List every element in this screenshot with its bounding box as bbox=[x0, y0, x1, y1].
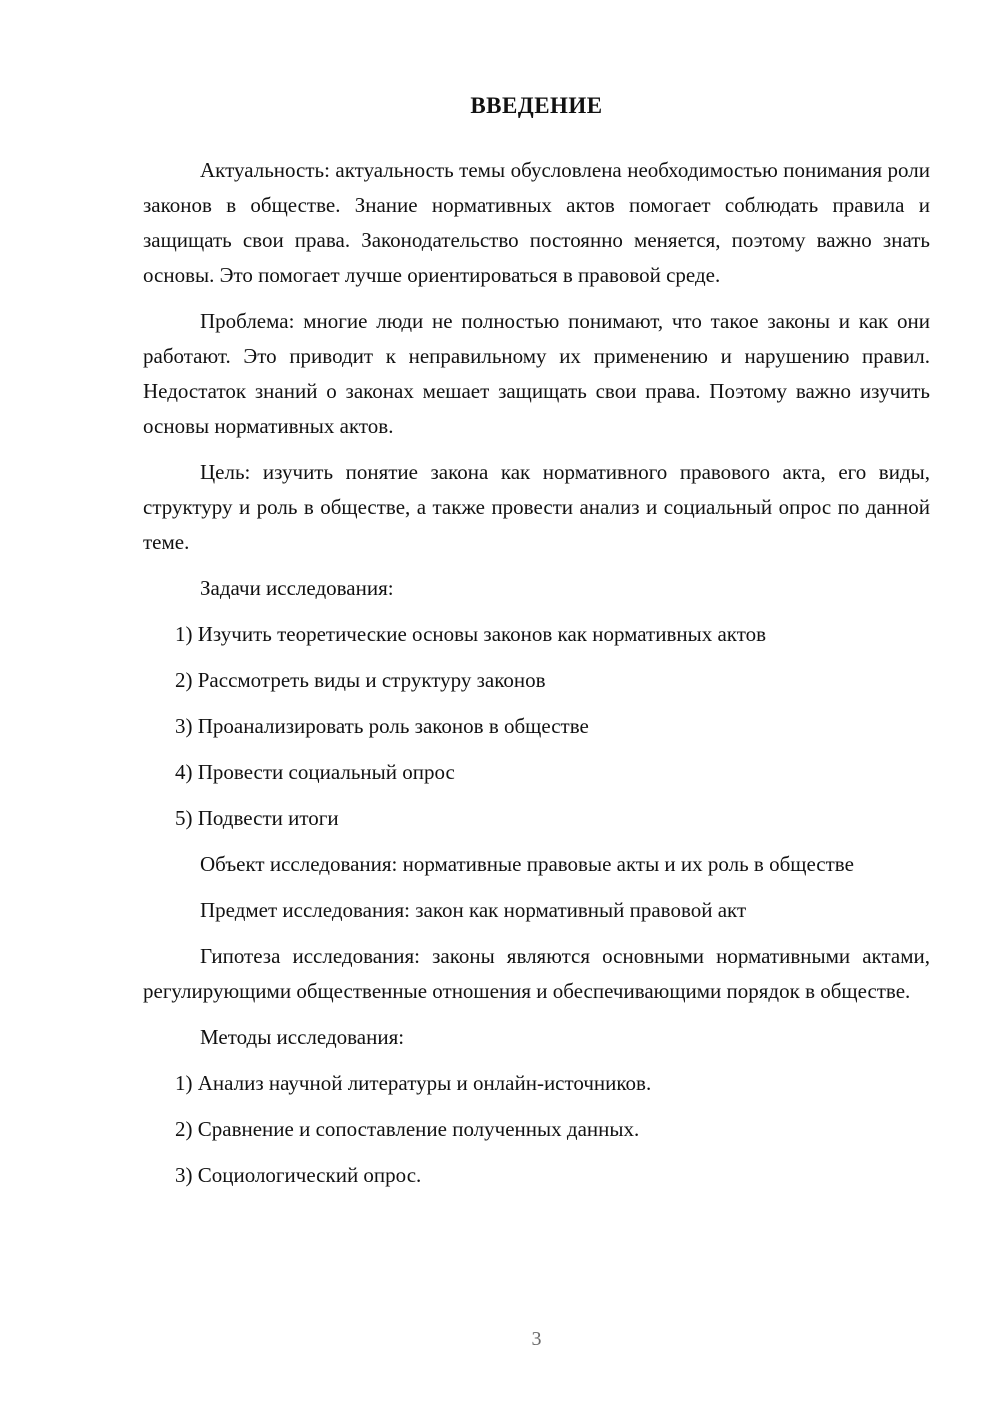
method-item-3: 3) Социологический опрос. bbox=[143, 1158, 930, 1193]
paragraph-goal: Цель: изучить понятие закона как нормати… bbox=[143, 455, 930, 560]
task-item-5: 5) Подвести итоги bbox=[143, 801, 930, 836]
methods-heading: Методы исследования: bbox=[143, 1020, 930, 1055]
document-content: ВВЕДЕНИЕ Актуальность: актуальность темы… bbox=[143, 88, 930, 1204]
task-item-4: 4) Провести социальный опрос bbox=[143, 755, 930, 790]
paragraph-hypothesis: Гипотеза исследования: законы являются о… bbox=[143, 939, 930, 1009]
page-number: 3 bbox=[143, 1324, 930, 1354]
task-item-3: 3) Проанализировать роль законов в общес… bbox=[143, 709, 930, 744]
tasks-heading: Задачи исследования: bbox=[143, 571, 930, 606]
paragraph-problem: Проблема: многие люди не полностью поним… bbox=[143, 304, 930, 444]
document-page: ВВЕДЕНИЕ Актуальность: актуальность темы… bbox=[0, 0, 1000, 1414]
task-item-2: 2) Рассмотреть виды и структуру законов bbox=[143, 663, 930, 698]
task-item-1: 1) Изучить теоретические основы законов … bbox=[143, 617, 930, 652]
method-item-2: 2) Сравнение и сопоставление полученных … bbox=[143, 1112, 930, 1147]
method-item-1: 1) Анализ научной литературы и онлайн-ис… bbox=[143, 1066, 930, 1101]
paragraph-relevance: Актуальность: актуальность темы обусловл… bbox=[143, 153, 930, 293]
page-title: ВВЕДЕНИЕ bbox=[143, 88, 930, 123]
paragraph-object: Объект исследования: нормативные правовы… bbox=[143, 847, 930, 882]
paragraph-subject: Предмет исследования: закон как норматив… bbox=[143, 893, 930, 928]
